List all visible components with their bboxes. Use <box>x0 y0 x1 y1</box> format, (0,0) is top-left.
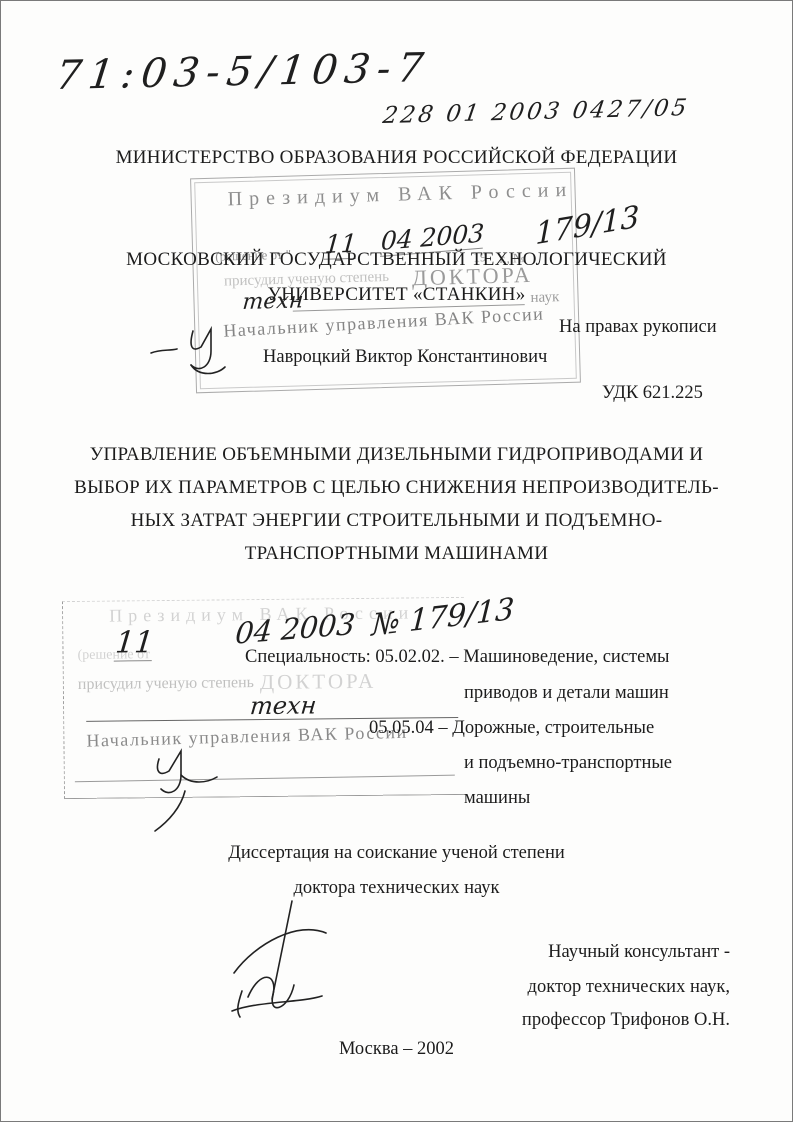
author-name: Навроцкий Виктор Константинович <box>263 347 547 368</box>
stamp2-granted-text: присудил ученую степень <box>78 674 254 694</box>
specialty-line4: и подъемно-транспортные <box>464 753 672 774</box>
title-line1: УПРАВЛЕНИЕ ОБЪЕМНЫМИ ДИЗЕЛЬНЫМИ ГИДРОПРИ… <box>1 444 792 466</box>
ministry-line: МИНИСТЕРСТВО ОБРАЗОВАНИЯ РОССИЙСКОЙ ФЕДЕ… <box>1 147 792 169</box>
consultant-line2: доктор технических наук, <box>528 977 730 998</box>
official-signature-top <box>147 321 257 401</box>
university-line1: МОСКОВСКИЙ ГОСУДАРСТВЕННЫЙ ТЕХНОЛОГИЧЕСК… <box>1 249 792 271</box>
dissertation-line2: доктора технических наук <box>1 878 792 899</box>
dissertation-line1: Диссертация на соискание ученой степени <box>1 843 792 864</box>
handwritten-catalog-number: 71:03-5/103-7 <box>53 45 432 99</box>
handwritten-registration-number: 228 01 2003 0427/05 <box>381 95 691 129</box>
specialty-line1: Специальность: 05.02.02. – Машиноведение… <box>245 647 669 668</box>
stamp2-handwritten-day: 11 <box>114 625 156 661</box>
stamp-org-label: Президиум ВАК России <box>227 179 573 212</box>
manuscript-rights-note: На правах рукописи <box>559 317 717 338</box>
specialty-line3: 05.05.04 – Дорожные, строительные <box>369 718 654 739</box>
stamp2-handwritten-number: № 179/13 <box>371 592 516 644</box>
dissertation-title-page: 71:03-5/103-7 228 01 2003 0427/05 МИНИСТ… <box>0 0 793 1122</box>
udk-code: УДК 621.225 <box>602 383 703 404</box>
specialty-line2: приводов и детали машин <box>464 683 669 704</box>
title-line3: НЫХ ЗАТРАТ ЭНЕРГИИ СТРОИТЕЛЬНЫМИ И ПОДЪЕ… <box>1 510 792 532</box>
stamp2-handwritten-tech: техн <box>249 691 318 720</box>
city-year: Москва – 2002 <box>1 1039 792 1060</box>
university-line2: УНИВЕРСИТЕТ «СТАНКИН» <box>1 284 792 306</box>
consultant-line3: профессор Трифонов О.Н. <box>522 1010 730 1031</box>
author-signature <box>226 899 346 1024</box>
title-line4: ТРАНСПОРТНЫМИ МАШИНАМИ <box>1 543 792 565</box>
consultant-line1: Научный консультант - <box>548 942 730 963</box>
specialty-line5: машины <box>464 788 530 809</box>
official-signature-bottom <box>141 741 271 836</box>
title-line2: ВЫБОР ИХ ПАРАМЕТРОВ С ЦЕЛЬЮ СНИЖЕНИЯ НЕП… <box>1 477 792 499</box>
stamp-handwritten-number: 179/13 <box>535 199 639 252</box>
